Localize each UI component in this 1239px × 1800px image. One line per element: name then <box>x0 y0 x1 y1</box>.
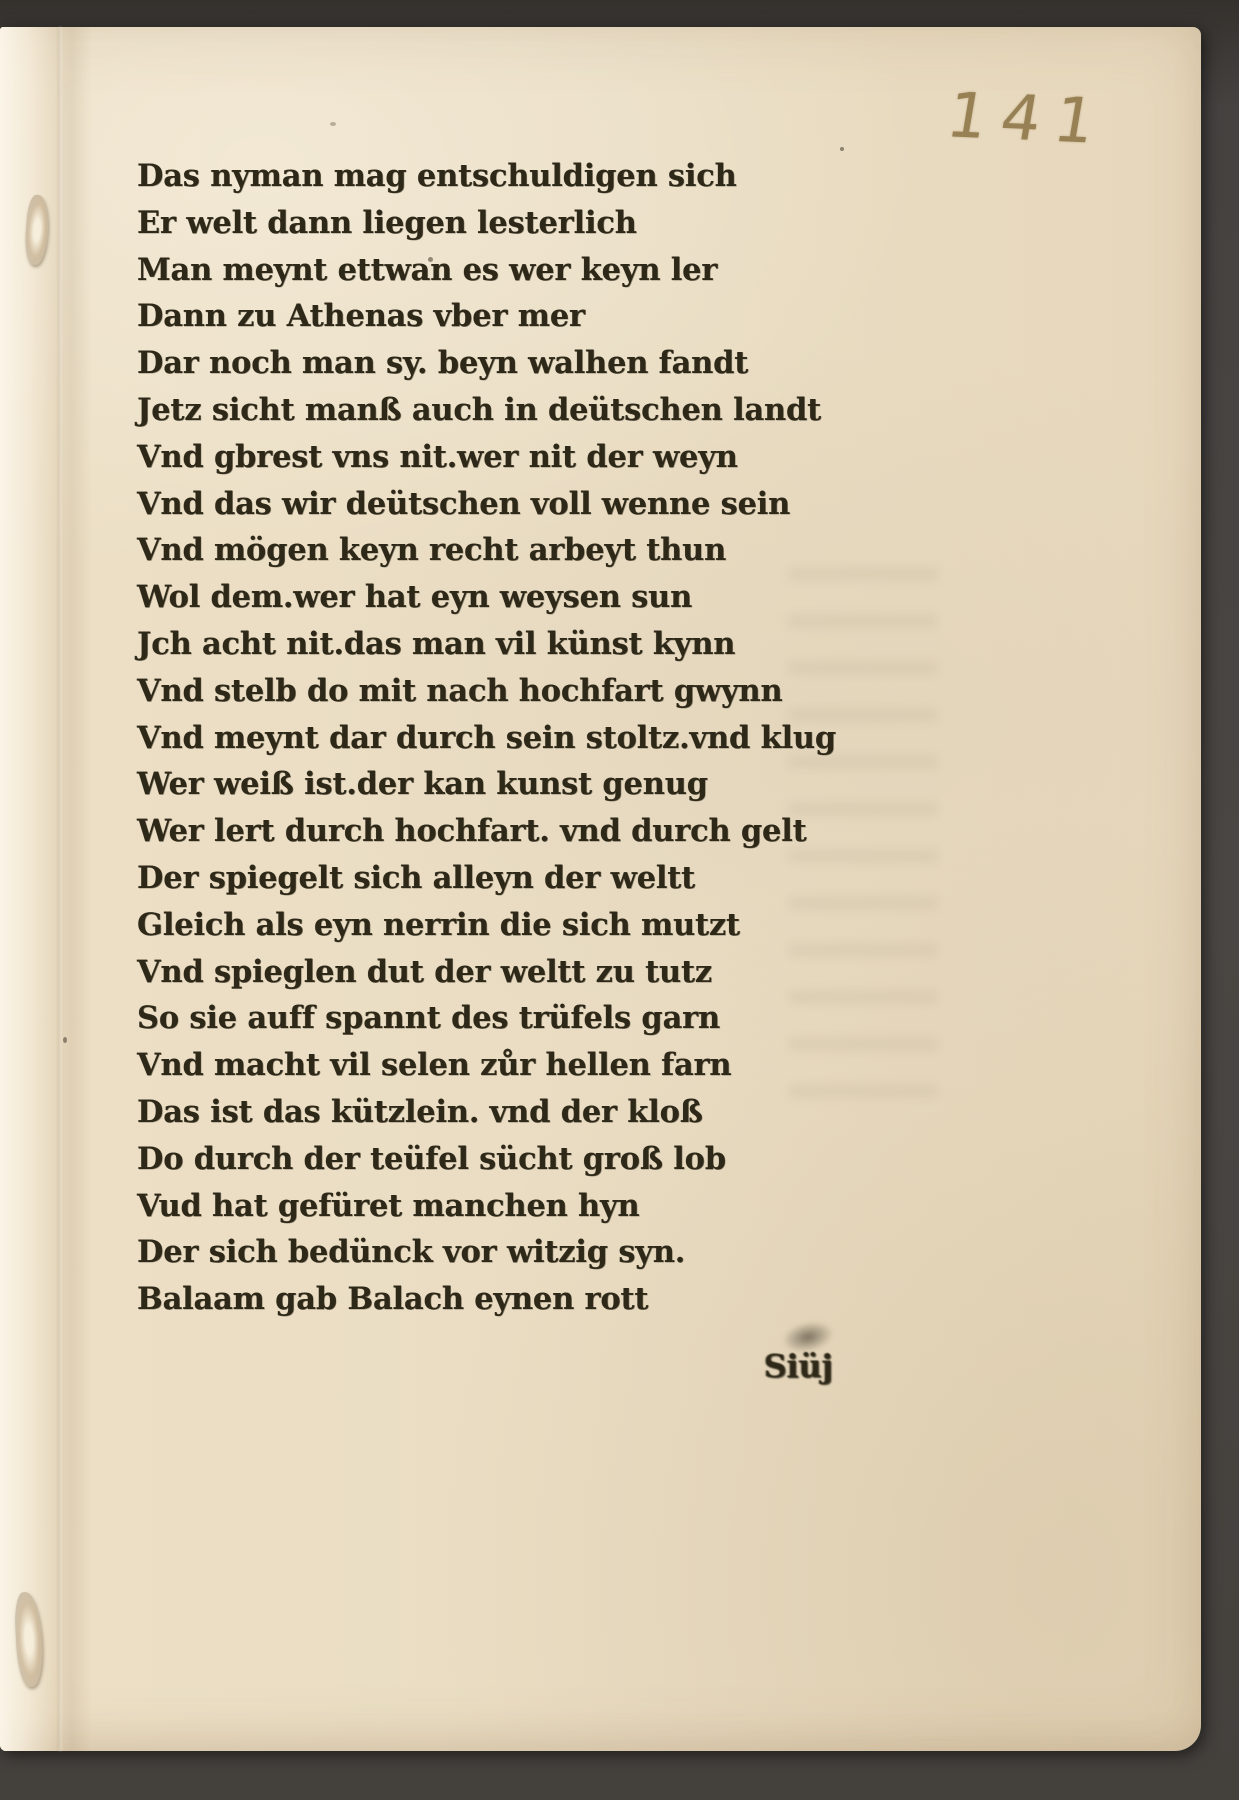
book-page: 141 Das nyman mag entschuldigen sich Er … <box>0 27 1201 1751</box>
verse-text-block: Das nyman mag entschuldigen sich Er welt… <box>137 153 837 1391</box>
verse-line: Jch acht nit.das man vil künst kynn <box>137 621 837 668</box>
scanned-book-photo: 141 Das nyman mag entschuldigen sich Er … <box>0 0 1239 1800</box>
signature-row: Siüj <box>137 1343 837 1391</box>
paper-speck <box>63 1037 67 1043</box>
paper-speck <box>330 122 336 126</box>
verse-line: Vnd macht vil selen zůr hellen farn <box>137 1042 837 1089</box>
handwritten-folio-number: 141 <box>942 78 1174 160</box>
verse-line: Dar noch man sy. beyn walhen fandt <box>137 340 837 387</box>
verse-line: Der sich bedünck vor witzig syn. <box>137 1229 837 1276</box>
verse-line: Vud hat gefüret manchen hyn <box>137 1183 837 1230</box>
verse-line: Das ist das kützlein. vnd der kloß <box>137 1089 837 1136</box>
verse-line: Vnd spieglen dut der weltt zu tutz <box>137 949 837 996</box>
verse-line: Vnd mögen keyn recht arbeyt thun <box>137 527 837 574</box>
verse-line: Balaam gab Balach eynen rott <box>137 1276 837 1323</box>
spine-crease <box>58 27 62 1751</box>
verse-line: Jetz sicht manß auch in deütschen landt <box>137 387 837 434</box>
binding-spine-edge <box>0 27 92 1751</box>
verse-line: Wer lert durch hochfart. vnd durch gelt <box>137 808 837 855</box>
verse-line: Vnd meynt dar durch sein stoltz.vnd klug <box>137 715 837 762</box>
verse-line: Das nyman mag entschuldigen sich <box>137 153 837 200</box>
verse-line: Der spiegelt sich alleyn der weltt <box>137 855 837 902</box>
verse-line: Wol dem.wer hat eyn weysen sun <box>137 574 837 621</box>
verse-line: Man meynt ettwan es wer keyn ler <box>137 247 837 294</box>
verse-line: Wer weiß ist.der kan kunst genug <box>137 761 837 808</box>
verse-line: Vnd gbrest vns nit.wer nit der weyn <box>137 434 837 481</box>
verse-line: Dann zu Athenas vber mer <box>137 293 837 340</box>
verse-line: Do durch der teüfel sücht groß lob <box>137 1136 837 1183</box>
verse-line: Gleich als eyn nerrin die sich mutzt <box>137 902 837 949</box>
verse-line: Vnd stelb do mit nach hochfart gwynn <box>137 668 837 715</box>
verse-line: Er welt dann liegen lesterlich <box>137 200 837 247</box>
paper-speck <box>840 147 844 151</box>
verse-line: So sie auff spannt des trüfels garn <box>137 995 837 1042</box>
verse-line: Vnd das wir deütschen voll wenne sein <box>137 481 837 528</box>
